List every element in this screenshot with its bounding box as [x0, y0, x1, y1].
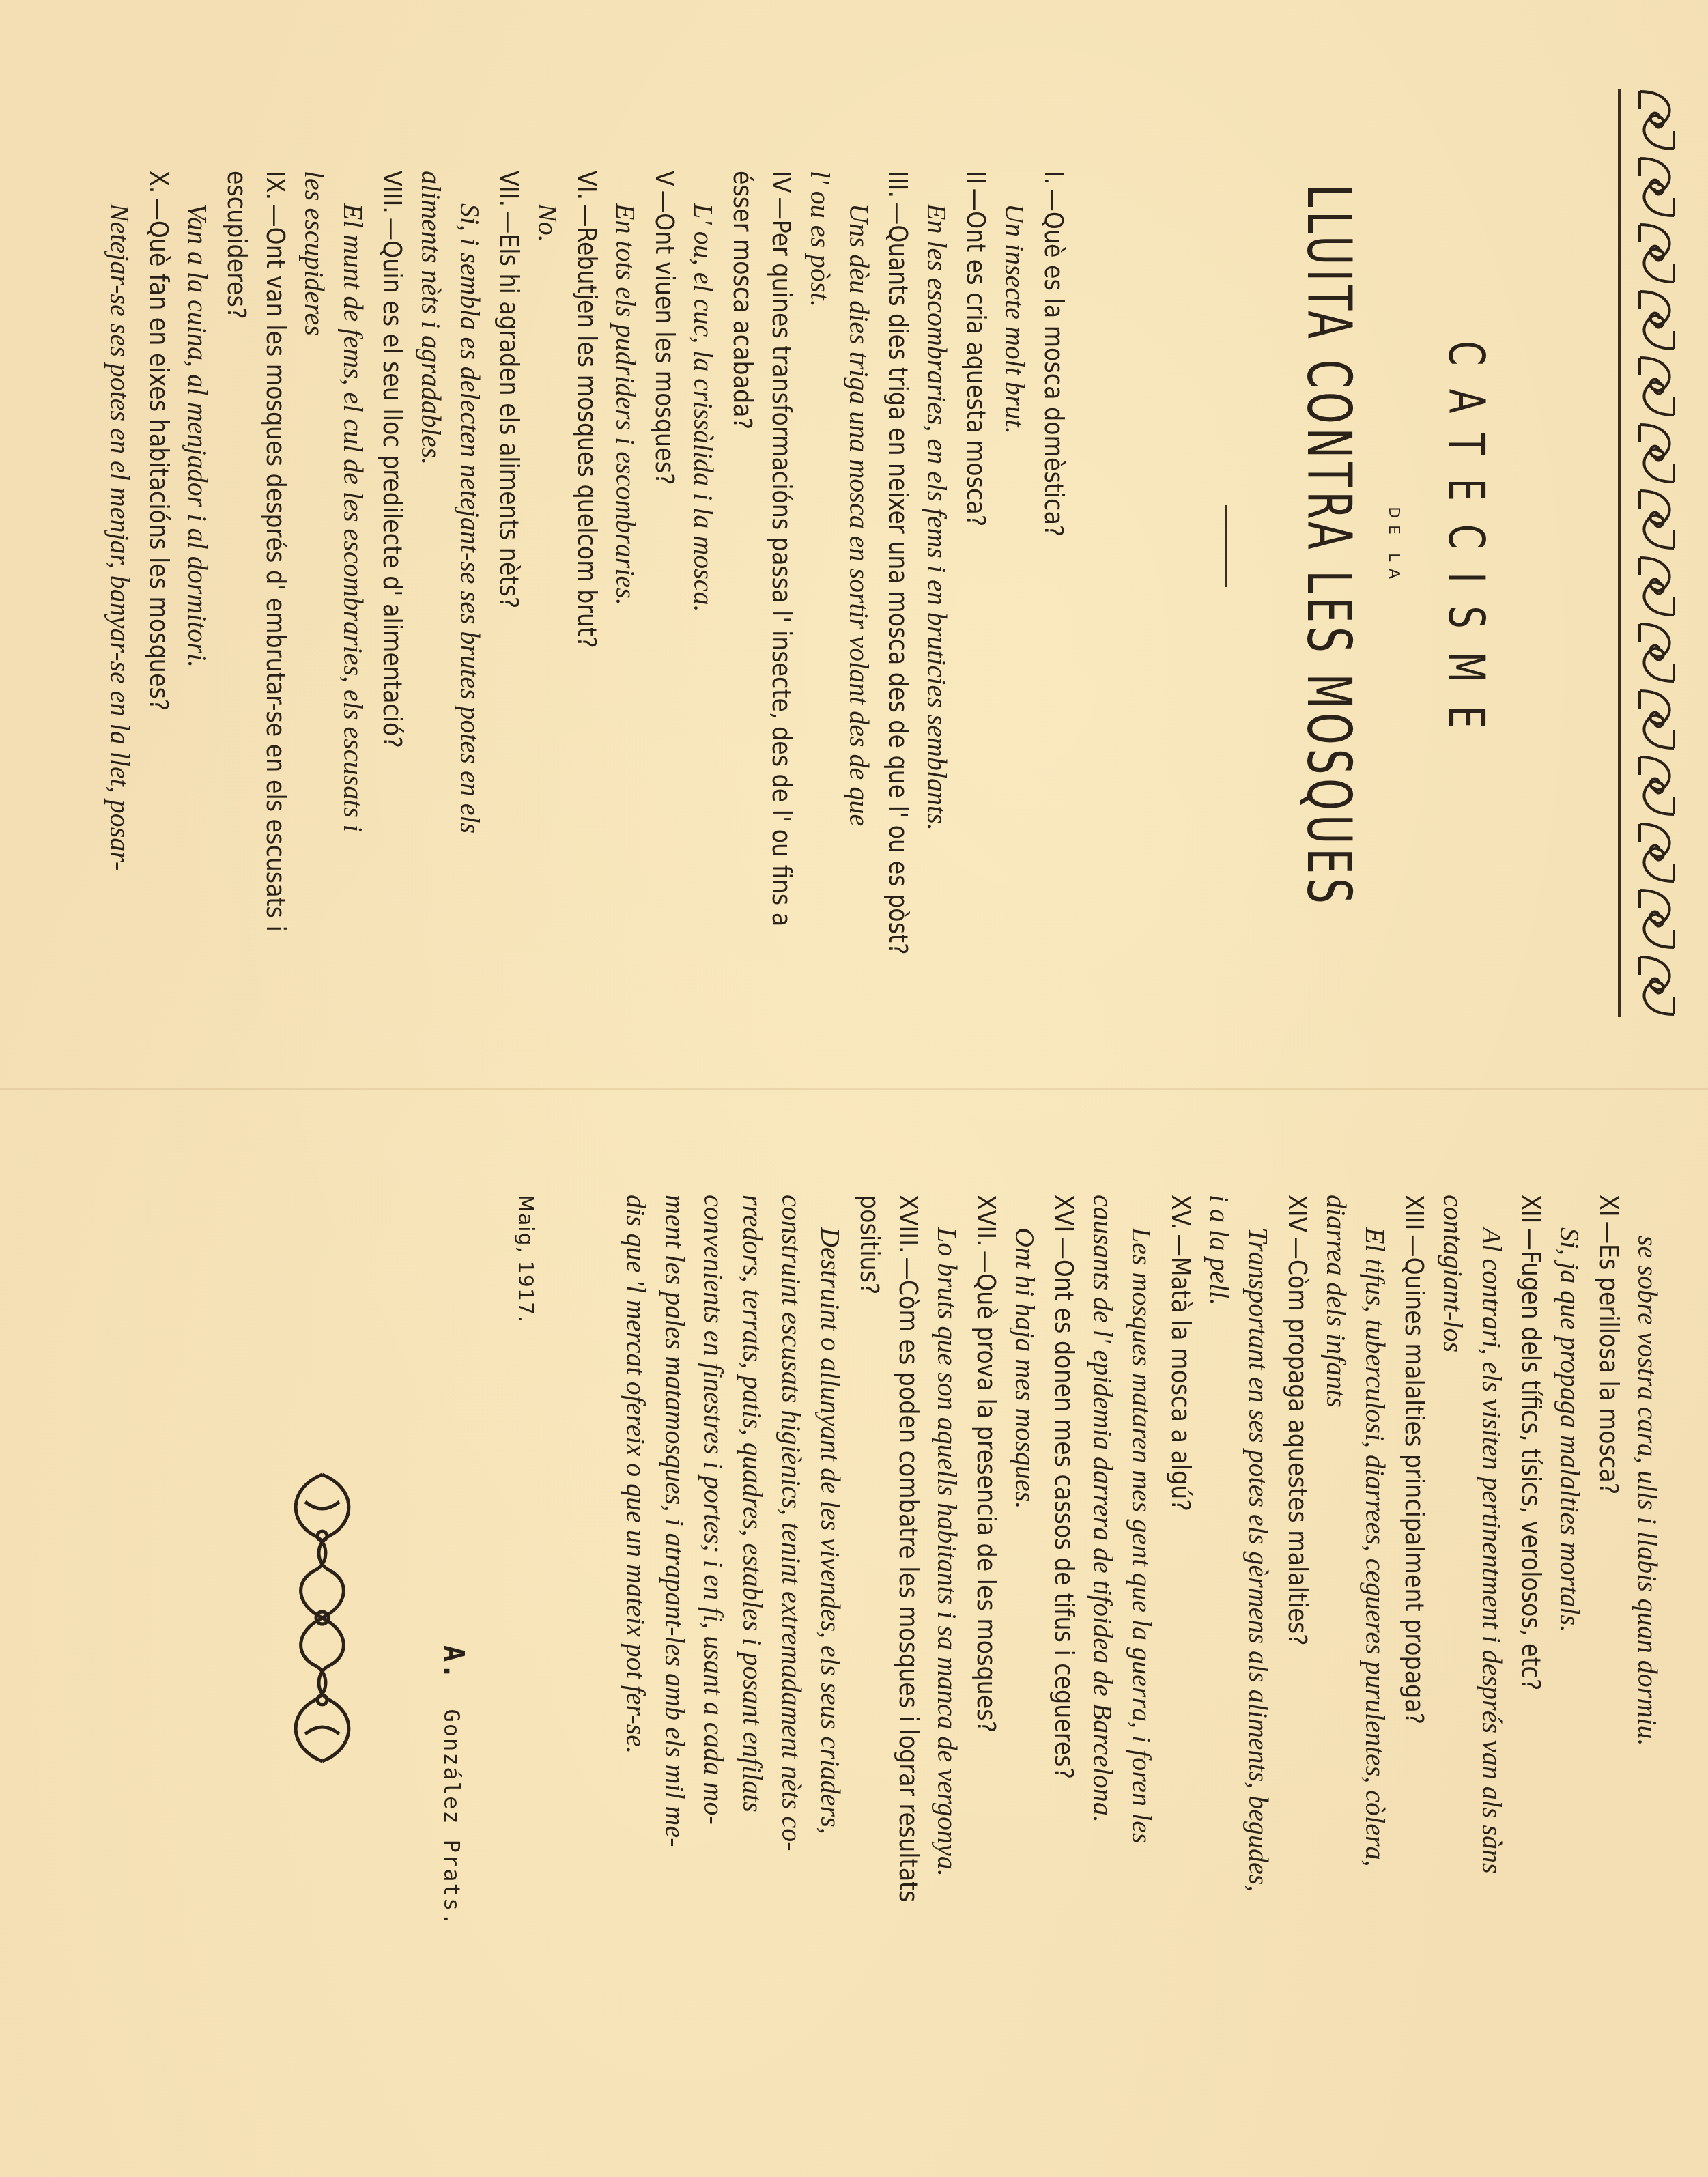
question-item: IX.—Ont van les mosques després d' embru…	[217, 171, 295, 956]
question-text: —Ont es donen mes cassos de tifus i cegu…	[1049, 1236, 1079, 1779]
scroll-motif-icon	[1633, 821, 1681, 884]
catechism-right-list: se sobre vostra cara, ulls i llabis quan…	[616, 1195, 1667, 1993]
scroll-motif-icon	[1633, 688, 1681, 751]
question-number: VIII.	[373, 171, 412, 214]
answer-line: No.	[528, 171, 567, 956]
scroll-motif-icon	[1633, 422, 1681, 485]
answer-line: les escupideres	[295, 171, 334, 956]
question-text: —Ont viuen les mosques?	[650, 190, 679, 485]
question-text: —Quines malalties principalment propaga?	[1399, 1234, 1429, 1724]
question-item: XVIII.—Còm es poden combatre les mosques…	[850, 1195, 928, 1993]
answer-line: causants de l' epidemia darrera de tifoi…	[1083, 1195, 1122, 1993]
answer-line: Ont hi haja mes mosques.	[1006, 1195, 1044, 1993]
answer-line: Un insecte molt brut.	[995, 171, 1034, 956]
scroll-motif-icon	[1633, 156, 1681, 218]
question-item: XVII.—Què prova la presencia de les mosq…	[967, 1195, 1006, 1993]
question-text: —Quin es el seu lloc predilecte d' alime…	[378, 218, 407, 748]
question-text: —Què fan en eixes habitacións les mosque…	[144, 197, 173, 711]
question-number: VII.	[489, 171, 528, 207]
question-text: —Matà la mosca a algú?	[1166, 1234, 1195, 1511]
answer-line: Van a la cuina, al menjador i al dormito…	[178, 171, 217, 956]
question-number: XI	[1589, 1195, 1628, 1217]
question-item: IV—Per quines transformacións passa l' i…	[723, 171, 801, 956]
floral-vignette-icon	[274, 1461, 370, 1775]
title-de-la: DE LA	[1385, 75, 1402, 1017]
title-catecisme: CATECISME	[1438, 75, 1496, 1017]
question-item: XV.—Matà la mosca a algú?	[1161, 1195, 1200, 1993]
answer-line: convenients en finestres i portes; i en …	[694, 1195, 733, 1993]
question-item: VII.—Els hi agraden els aliments nèts?	[489, 171, 528, 956]
question-number: XVII.	[967, 1195, 1006, 1247]
question-number: X.	[139, 171, 178, 193]
answer-line: Netejar-se ses potes en el menjar, banya…	[100, 171, 139, 956]
answer-line: El munt de fems, el cul de les escombrar…	[334, 171, 373, 956]
ornamental-border-icon	[1633, 89, 1681, 1017]
question-text: —Fugen dels tífics, tísics, verolosos, e…	[1516, 1227, 1546, 1690]
scroll-motif-icon	[1633, 222, 1681, 285]
answer-line: dis que 'l mercat ofereix o que un matei…	[616, 1195, 655, 1993]
answer-line: diarrea dels infants	[1317, 1195, 1356, 1993]
answer-line: Uns dèu dies triga una mosca en sortir v…	[840, 171, 879, 956]
scroll-motif-icon	[1633, 555, 1681, 618]
answer-line: En tots els pudriders i escombraries.	[606, 171, 645, 956]
answer-line: Les mosques mataren mes gent que la guer…	[1122, 1195, 1161, 1993]
answer-line: Al contrari, els visiten pertinentment i…	[1472, 1195, 1511, 1993]
question-number: II	[956, 171, 995, 184]
answer-line: contagiant-los	[1434, 1195, 1472, 1993]
dateline: Maig, 1917.	[513, 1195, 537, 1323]
question-number: XV.	[1161, 1195, 1200, 1229]
question-number: I.	[1034, 171, 1073, 184]
title-lluita: LLUITA CONTRA LES MOSQUES	[1294, 75, 1365, 1017]
question-item: III.—Quants dies triga en neixer una mos…	[879, 171, 917, 956]
answer-line: Transportant en ses potes els gèrmens al…	[1239, 1195, 1278, 1993]
question-text: —Ont van les mosques després d' embrutar…	[222, 171, 290, 932]
question-text: —Còm es poden combatre les mosques i log…	[855, 1195, 923, 1902]
signature-surname-2: Prats.	[439, 1840, 465, 1927]
question-item: VIII.—Quin es el seu lloc predilecte d' …	[373, 171, 412, 956]
center-fold	[0, 1088, 1708, 1090]
scroll-motif-icon	[1633, 621, 1681, 684]
question-number: VI.	[567, 171, 606, 200]
question-number: XVIII.	[889, 1195, 928, 1253]
question-number: V	[645, 171, 684, 186]
question-item: XVI—Ont es donen mes cassos de tifus i c…	[1044, 1195, 1083, 1993]
question-text: —Per quines transformacións passa l' ins…	[728, 171, 796, 926]
answer-line: ment les pales matamosques, i atrapant-l…	[655, 1195, 694, 1993]
question-number: IV	[762, 171, 801, 193]
scroll-motif-icon	[1633, 289, 1681, 352]
question-number: XVI	[1044, 1195, 1083, 1232]
answer-line: En les escombraries, en els fems i en br…	[917, 171, 956, 956]
left-page: CATECISME DE LA LLUITA CONTRA LES MOSQUE…	[0, 75, 1708, 1017]
question-text: —Rebutjen les mosques quelcom brut?	[572, 204, 601, 649]
scroll-motif-icon	[1633, 754, 1681, 817]
title-rule-line	[1618, 89, 1621, 1017]
rotated-sheet: CATECISME DE LA LLUITA CONTRA LES MOSQUE…	[0, 0, 1708, 2177]
question-item: II—Ont es cria aquesta mosca?	[956, 171, 995, 956]
signature: A. González Prats.	[438, 1645, 469, 1926]
question-text: —Ont es cria aquesta mosca?	[961, 188, 991, 527]
question-text: —Què es la mosca domèstica?	[1039, 188, 1068, 537]
question-number: XII	[1511, 1195, 1550, 1223]
question-item: XI—Es perillosa la mosca?	[1589, 1195, 1628, 1993]
question-text: —Còm propaga aquestes malalties?	[1283, 1236, 1312, 1645]
question-item: X.—Què fan en eixes habitacións les mosq…	[139, 171, 178, 956]
answer-line: aliments nèts i agradables.	[412, 171, 451, 956]
answer-line: Destruint o allunyant de les vivendes, e…	[811, 1195, 850, 1993]
question-number: III.	[879, 171, 917, 198]
scroll-motif-icon	[1633, 887, 1681, 950]
question-item: I.—Què es la mosca domèstica?	[1034, 171, 1073, 956]
question-text: —Què prova la presencia de les mosques?	[971, 1251, 1001, 1733]
question-text: —Es perillosa la mosca?	[1594, 1221, 1623, 1495]
right-page: se sobre vostra cara, ulls i llabis quan…	[0, 1167, 1708, 2109]
scroll-motif-icon	[1633, 488, 1681, 551]
answer-line: construint escusats higiènics, tenint ex…	[772, 1195, 811, 1993]
answer-line: Lo bruts que son aquells habitants i sa …	[928, 1195, 967, 1993]
answer-line: L' ou, el cuc, la crissàlida i la mosca.	[684, 171, 723, 956]
answer-line: Si, i sembla es delecten netejant-se ses…	[451, 171, 489, 956]
scroll-motif-icon	[1633, 355, 1681, 418]
continuation-line: se sobre vostra cara, ulls i llabis quan…	[1628, 1195, 1667, 1993]
signature-initial: A.	[438, 1645, 469, 1681]
question-text: —Quants dies triga en neixer una mosca d…	[883, 202, 913, 955]
scroll-motif-icon	[1633, 954, 1681, 1017]
question-item: VI.—Rebutjen les mosques quelcom brut?	[567, 171, 606, 956]
question-number: XIII	[1395, 1195, 1434, 1230]
question-text: —Els hi agraden els aliments nèts?	[494, 211, 524, 608]
question-number: IX.	[256, 171, 295, 200]
question-item: XIV—Còm propaga aquestes malalties?	[1278, 1195, 1317, 1993]
title-block: CATECISME DE LA LLUITA CONTRA LES MOSQUE…	[1225, 75, 1490, 1017]
catechism-left-list: I.—Què es la mosca domèstica?Un insecte …	[100, 171, 1073, 956]
answer-line: l' ou es pòst.	[801, 171, 840, 956]
question-number: XIV	[1278, 1195, 1317, 1232]
question-item: V—Ont viuen les mosques?	[645, 171, 684, 956]
answer-line: El tifus, tuberculosi, diarrees, ceguere…	[1356, 1195, 1395, 1993]
title-divider	[1225, 505, 1227, 587]
question-item: XIII—Quines malalties principalment prop…	[1395, 1195, 1434, 1993]
answer-line: rredors, terrats, patis, quadres, establ…	[733, 1195, 772, 1993]
answer-line: Si, ja que propaga malalties mortals.	[1550, 1195, 1589, 1993]
answer-line: i a la pell.	[1200, 1195, 1239, 1993]
signature-surname-1: González	[439, 1709, 465, 1825]
question-item: XII—Fugen dels tífics, tísics, verolosos…	[1511, 1195, 1550, 1993]
scroll-motif-icon	[1633, 89, 1681, 152]
